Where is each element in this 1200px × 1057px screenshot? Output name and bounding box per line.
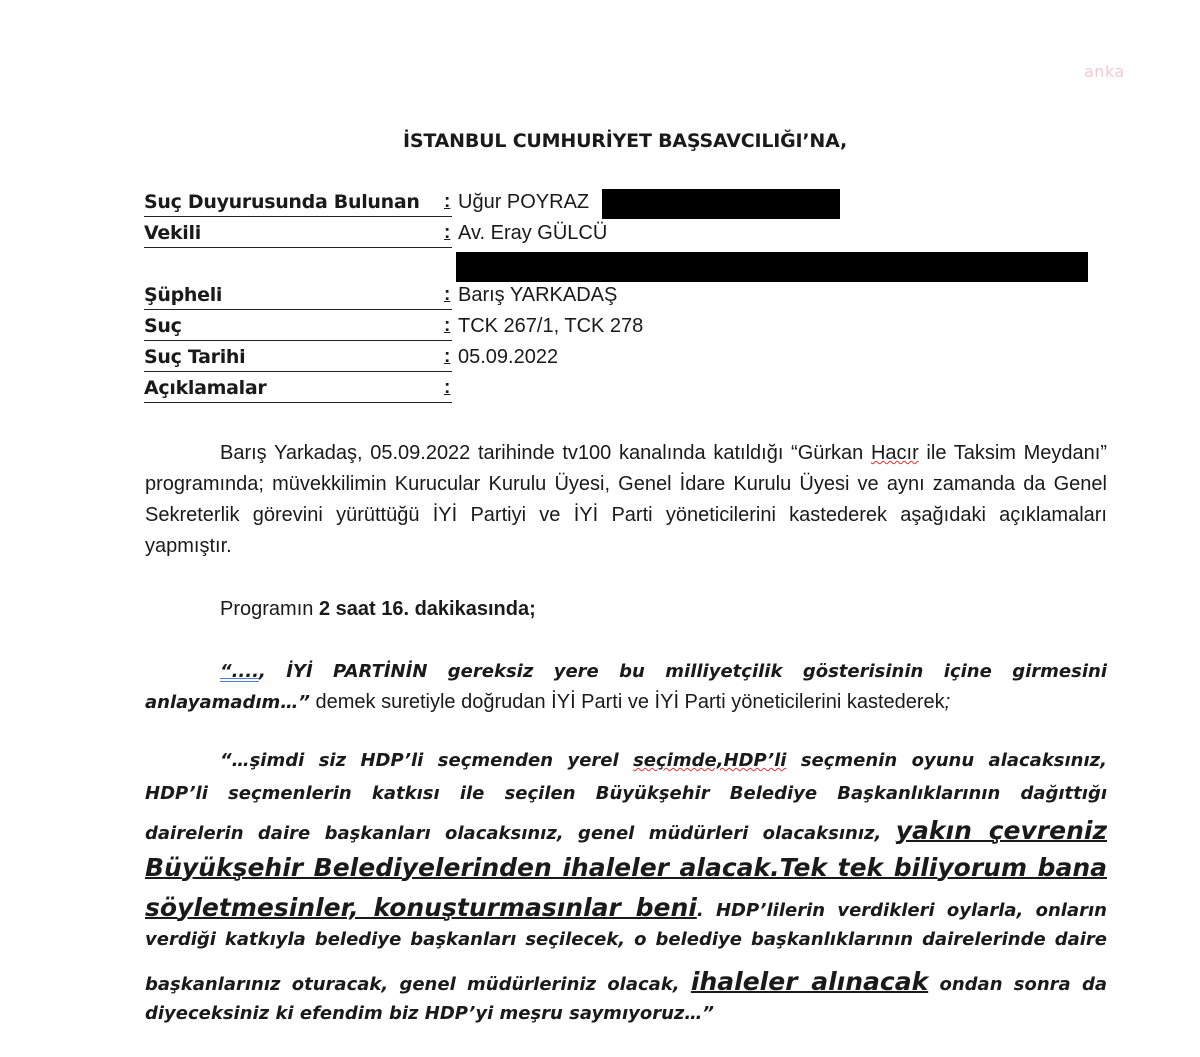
quote1-end: ;: [945, 691, 951, 713]
spellcheck-flagged-word: seçimde,HDP’li: [633, 750, 786, 771]
redaction-box: [456, 252, 1088, 282]
quote2-line: başkanlarınız oturacak, genel müdürlerin…: [145, 967, 1107, 1003]
quote2-text: “…şimdi siz HDP’li seçmenden yerel: [220, 750, 633, 771]
field-label: Suç: [144, 313, 452, 341]
document-title: İSTANBUL CUMHURİYET BAŞSAVCILIĞI’NA,: [0, 130, 1200, 152]
quote2-line: Büyükşehir Belediyelerinden ihaleler ala…: [145, 853, 1107, 893]
quote2-text: seçmenin oyunu alacaksınız,: [786, 750, 1107, 771]
field-label: Suç Duyurusunda Bulunan: [144, 189, 452, 217]
quote1-ellipsis: “....: [220, 661, 259, 682]
field-colon: :: [444, 189, 450, 215]
quote2-emphasis: söyletmesinler, konuşturmasınlar beni: [145, 893, 697, 922]
program-time: 2 saat 16. dakikasında;: [319, 598, 536, 620]
field-colon: :: [444, 344, 450, 370]
quote2-line: diyeceksiniz ki efendim biz HDP’yi meşru…: [145, 1003, 1107, 1036]
quote1-suffix: demek suretiyle doğrudan İYİ Parti ve İY…: [310, 691, 945, 713]
field-colon: :: [444, 375, 450, 401]
quote2-text: verdiği katkıyla belediye başkanları seç…: [145, 929, 1107, 950]
field-colon: :: [444, 220, 450, 246]
quote2-emphasis: yakın çevreniz: [896, 816, 1107, 845]
quote2-text: HDP’li seçmenlerin katkısı ile seçilen B…: [145, 783, 1107, 804]
quote2-line: söyletmesinler, konuşturmasınlar beni. H…: [145, 893, 1107, 929]
redaction-box: [602, 189, 840, 219]
quote2-text: başkanlarınız oturacak, genel müdürlerin…: [145, 974, 691, 995]
field-label: Açıklamalar: [144, 375, 452, 403]
field-value: Uğur POYRAZ: [458, 189, 589, 215]
field-label: Suç Tarihi: [144, 344, 452, 372]
quote2-emphasis: Büyükşehir Belediyelerinden ihaleler ala…: [145, 853, 1107, 882]
intro-paragraph: Barış Yarkadaş, 05.09.2022 tarihinde tv1…: [145, 438, 1107, 562]
field-value: TCK 267/1, TCK 278: [458, 313, 643, 339]
program-prefix: Programın: [220, 598, 319, 620]
program-time-paragraph: Programın 2 saat 16. dakikasında;: [145, 594, 1107, 625]
quote2-paragraph: “…şimdi siz HDP’li seçmenden yerel seçim…: [145, 750, 1107, 1036]
quote2-text: . HDP’lilerin verdikleri oylarla, onları…: [697, 900, 1107, 921]
intro-text-1: Barış Yarkadaş, 05.09.2022 tarihinde tv1…: [220, 442, 871, 464]
quote2-text: dairelerin daire başkanları olacaksınız,…: [145, 823, 896, 844]
quote2-line: verdiği katkıyla belediye başkanları seç…: [145, 929, 1107, 967]
anka-watermark: anka: [1084, 62, 1125, 81]
spellcheck-flagged-word: Hacır: [871, 442, 919, 464]
quote1-paragraph: “...., İYİ PARTİNİN gereksiz yere bu mil…: [145, 656, 1107, 718]
quote2-text: diyeceksiniz ki efendim biz HDP’yi meşru…: [145, 1003, 714, 1024]
field-colon: :: [444, 282, 450, 308]
quote2-emphasis: ihaleler alınacak: [691, 967, 928, 996]
quote2-line: “…şimdi siz HDP’li seçmenden yerel seçim…: [145, 750, 1107, 783]
quote2-line: dairelerin daire başkanları olacaksınız,…: [145, 816, 1107, 853]
field-label: Vekili: [144, 220, 452, 248]
field-label: Şüpheli: [144, 282, 452, 310]
field-value: 05.09.2022: [458, 344, 558, 370]
field-value: Barış YARKADAŞ: [458, 282, 617, 308]
quote2-text: ondan sonra da: [928, 974, 1107, 995]
quote2-line: HDP’li seçmenlerin katkısı ile seçilen B…: [145, 783, 1107, 816]
field-colon: :: [444, 313, 450, 339]
field-value: Av. Eray GÜLCÜ: [458, 220, 607, 246]
